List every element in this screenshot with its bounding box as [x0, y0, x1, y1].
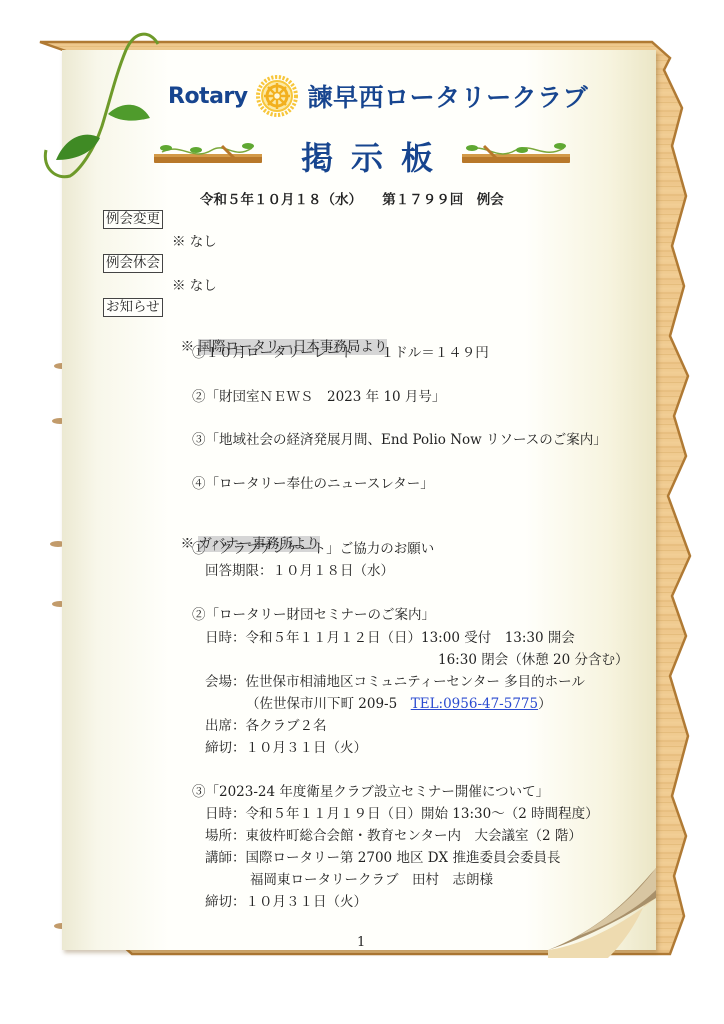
notice-detail: 会場：佐世保市相浦地区コミュニティーセンター 多目的ホール	[205, 673, 585, 691]
notice-detail: 日時：令和５年１１月１２日（日）13:00 受付 13:30 開会	[205, 629, 575, 647]
page-curl-graphic	[548, 868, 658, 958]
notice-detail: 日時：令和５年１１月１９日（日）開始 13:30～（2 時間程度）	[205, 805, 599, 823]
phone-link[interactable]: TEL:0956-47-5775	[411, 696, 538, 712]
club-logo-header: Rotary 諫早西ロータリークラブ	[168, 74, 588, 118]
notice-item-title: ②「ロータリー財団セミナーのご案内」	[192, 606, 435, 624]
notice-item: ③「地域社会の経済発展月間、End Polio Now リソースのご案内」	[192, 431, 607, 449]
branch-left-icon	[152, 140, 264, 170]
rotary-wordmark: Rotary	[168, 84, 248, 109]
meeting-cancel-note: ※ なし	[172, 277, 217, 295]
notice-item-title: ①「クラブアンケート」ご協力のお願い	[192, 540, 434, 558]
meeting-change-note: ※ なし	[172, 233, 217, 251]
notice-item: ④「ロータリー奉仕のニュースレター」	[192, 475, 434, 493]
notice-item: ①１０月ロータリーレート １ドル＝１４９円	[192, 344, 489, 362]
notice-detail: 締切：１０月３１日（火）	[205, 739, 367, 757]
heading-meeting-change: 例会変更	[103, 210, 163, 229]
address-close: ）	[538, 696, 552, 712]
notice-detail: 福岡東ロータリークラブ 田村 志朗様	[250, 871, 493, 889]
notice-detail: 場所：東彼杵町総合会館・教育センター内 大会議室（2 階）	[205, 827, 582, 845]
notice-detail: 回答期限：１０月１８日（水）	[205, 562, 394, 580]
notice-detail: 出席：各クラブ２名	[205, 717, 327, 735]
page-number: 1	[357, 935, 365, 950]
notice-detail: 講師：国際ロータリー第 2700 地区 DX 推進委員会委員長	[205, 849, 560, 867]
notice-detail: 締切：１０月３１日（火）	[205, 893, 367, 911]
venue-address: （佐世保市川下町 209-5 TEL:0956-47-5775）	[246, 695, 552, 713]
board-title-row: 掲示板	[152, 136, 572, 180]
heading-notices: お知らせ	[103, 298, 163, 317]
heading-meeting-cancel: 例会休会	[103, 254, 163, 273]
meeting-date-line: 令和５年１０月１８（水） 第１７９９回 例会	[200, 188, 504, 208]
vine-decoration-icon	[30, 30, 160, 200]
notice-item: ②「財団室ＮＥＷＳ 2023 年 10 月号」	[192, 388, 445, 406]
rotary-wheel-icon	[256, 75, 298, 117]
board-title: 掲示板	[274, 136, 464, 180]
address-text: （佐世保市川下町 209-5	[246, 696, 411, 712]
club-name: 諫早西ロータリークラブ	[308, 78, 589, 114]
notice-detail: 16:30 閉会（休憩 20 分含む）	[438, 651, 628, 669]
notice-item-title: ③「2023-24 年度衛星クラブ設立セミナー開催について」	[192, 783, 549, 801]
branch-right-icon	[460, 140, 572, 170]
